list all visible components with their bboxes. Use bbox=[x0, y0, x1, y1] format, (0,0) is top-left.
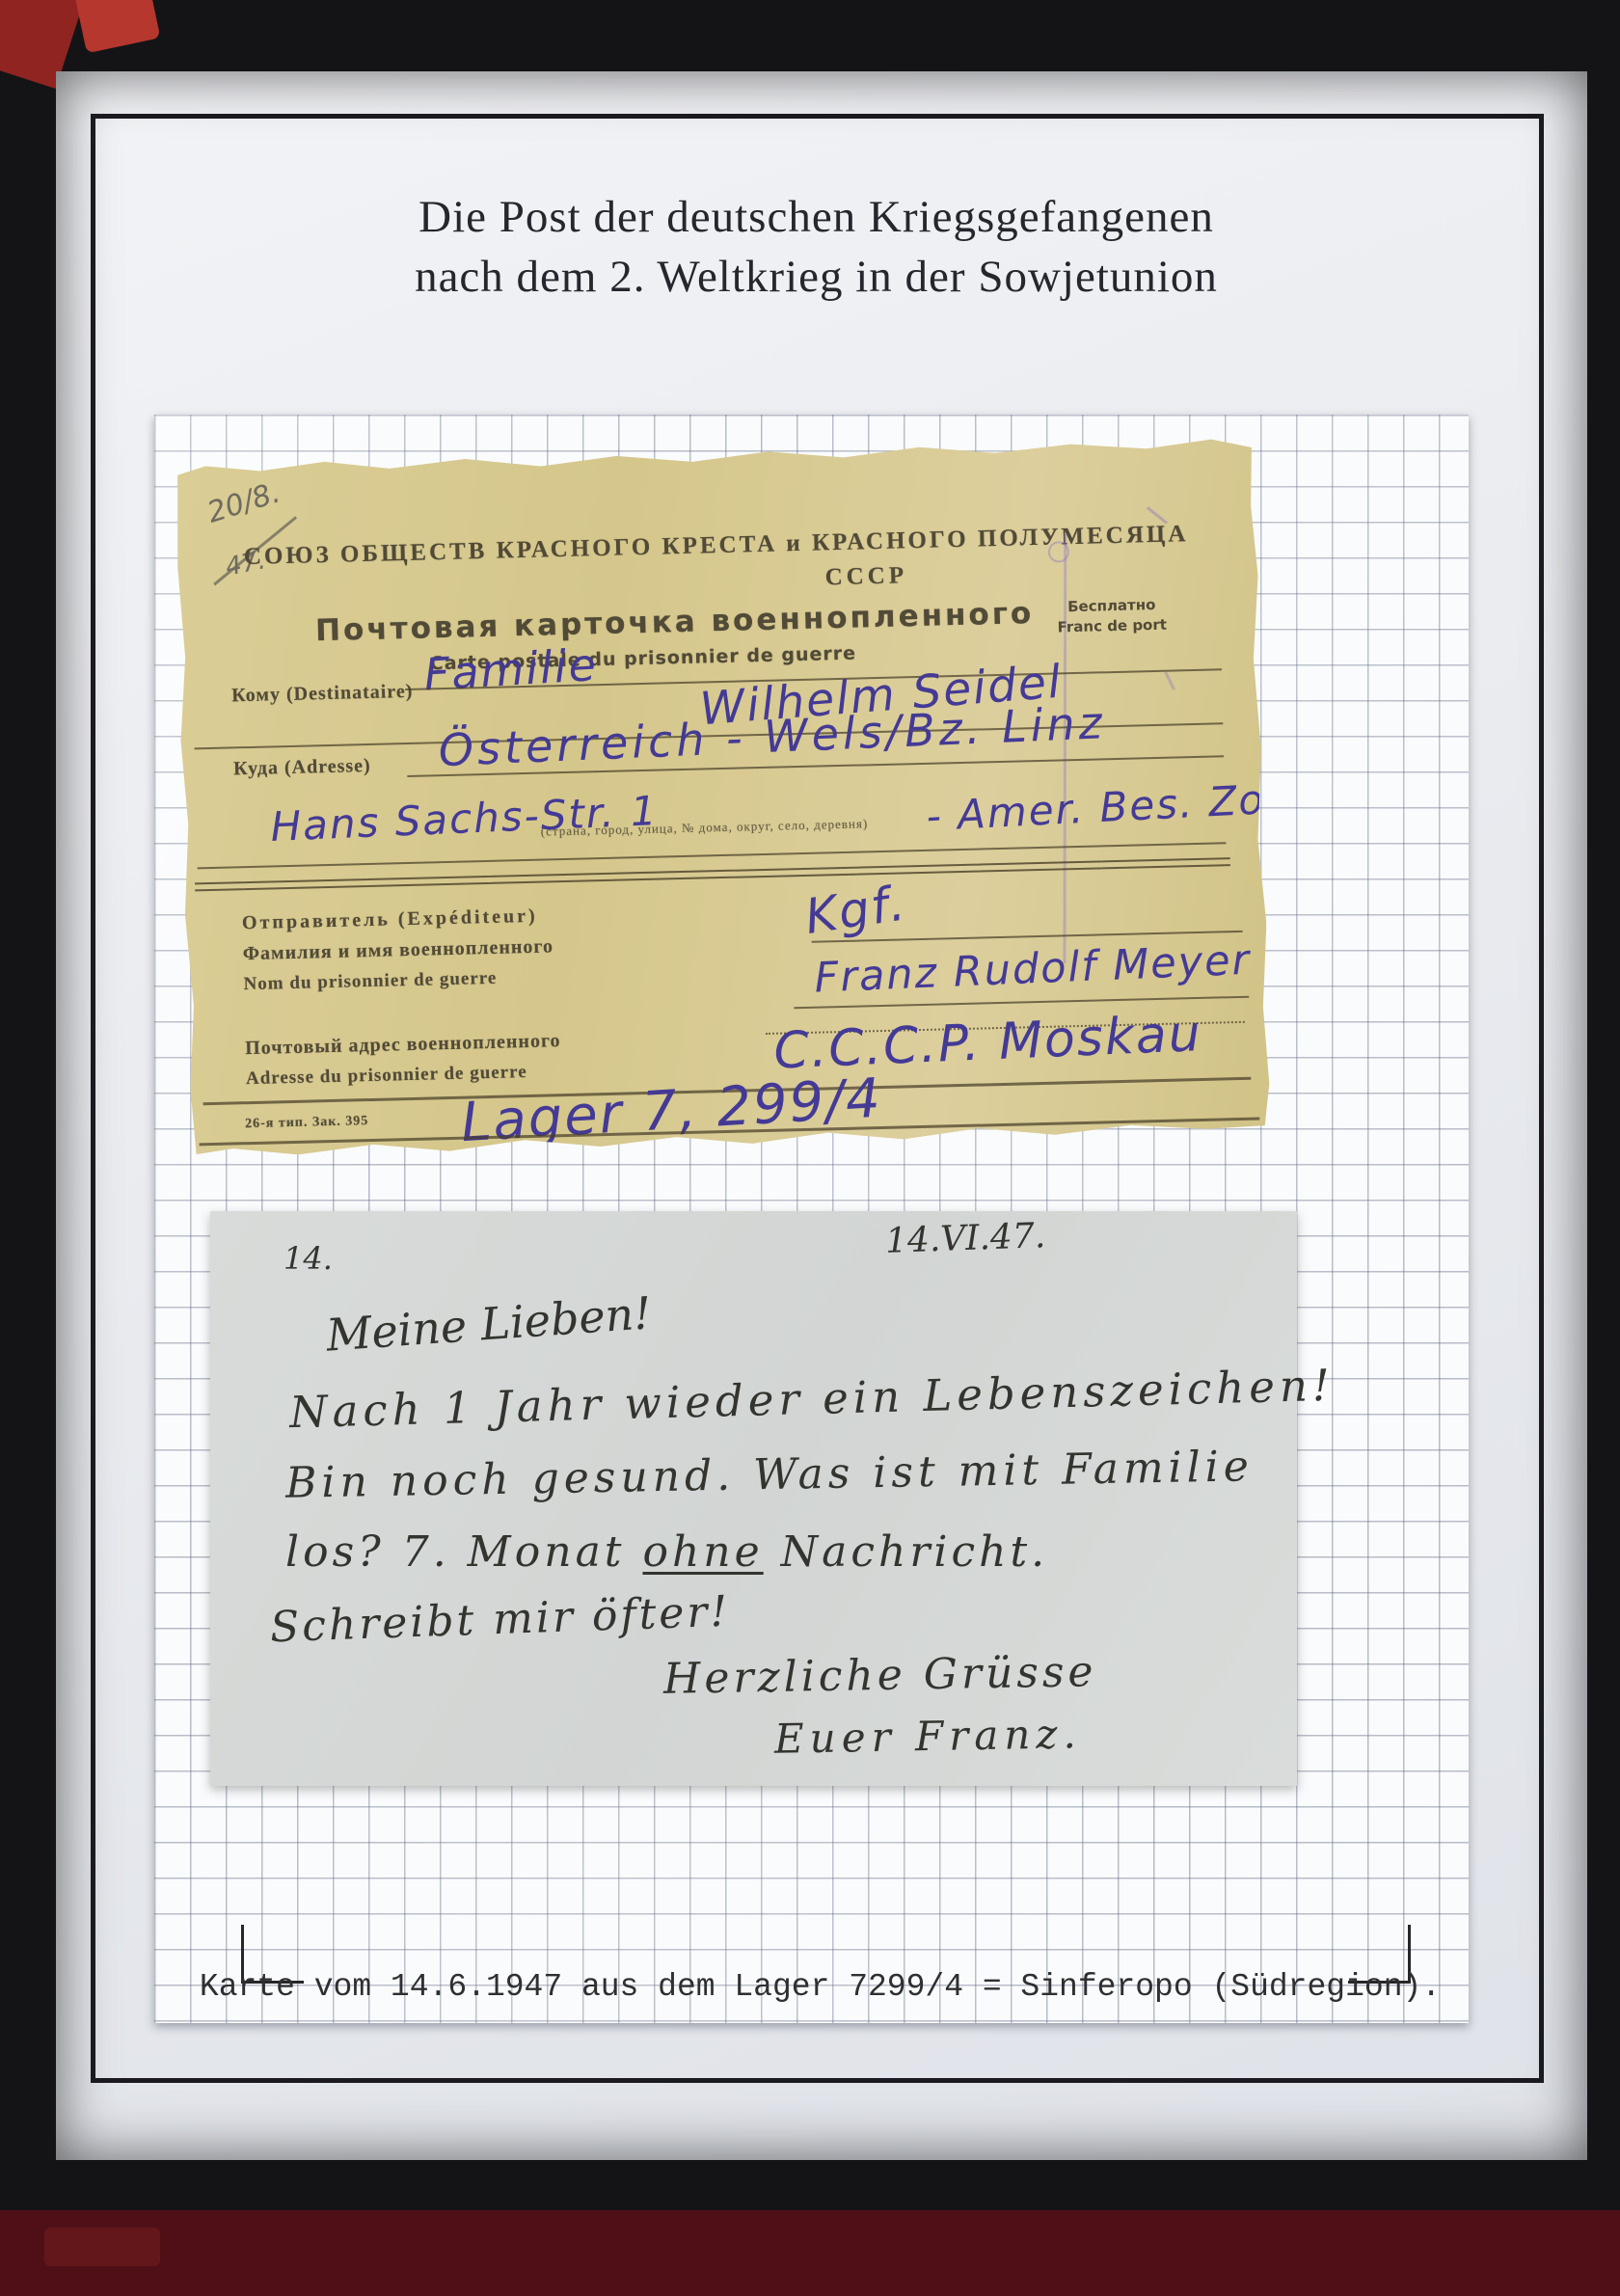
pencil-date-note: 20/8. bbox=[203, 475, 284, 529]
message-line: Schreibt mir öfter! bbox=[269, 1587, 731, 1653]
section-divider-rule bbox=[195, 857, 1230, 891]
sender-label-3: Nom du prisonnier de guerre bbox=[243, 968, 497, 995]
photo-of-album-page: Die Post der deutschen Kriegsgefangenen … bbox=[0, 0, 1620, 2296]
to-label: Кому (Destinataire) bbox=[231, 681, 414, 708]
message-line: Bin noch gesund. Was ist mit Familie bbox=[285, 1442, 1255, 1508]
sender-handwritten-name: Franz Rudolf Meyer bbox=[814, 936, 1253, 1003]
message-salutation: Meine Lieben! bbox=[325, 1286, 654, 1361]
message-signature: Euer Franz. bbox=[774, 1710, 1083, 1763]
message-date: 14.VI.47. bbox=[884, 1216, 1046, 1261]
free-postage-note: Бесплатно Franc de port bbox=[1008, 593, 1216, 638]
message-line4-underlined: ohne bbox=[642, 1527, 763, 1577]
address-label: Куда (Adresse) bbox=[233, 755, 371, 780]
page-title: Die Post der deutschen Kriegsgefangenen … bbox=[91, 187, 1542, 307]
message-line4-post: Nachricht. bbox=[764, 1527, 1048, 1577]
message-line: los? 7. Monat ohne Nachricht. bbox=[285, 1527, 1048, 1577]
message-closing: Herzliche Grüsse bbox=[663, 1647, 1097, 1704]
message-line: Nach 1 Jahr wieder ein Lebenszeichen! bbox=[288, 1360, 1335, 1438]
red-cross-union-header: СОЮЗ ОБЩЕСТВ КРАСНОГО КРЕСТА и КРАСНОГО … bbox=[175, 519, 1256, 572]
album-cover-strip bbox=[0, 2210, 1620, 2296]
sender-handwritten-kgf: Kgf. bbox=[801, 875, 910, 945]
page-title-line2: nach dem 2. Weltkrieg in der Sowjetunion bbox=[91, 247, 1542, 307]
message-card: 14.VI.47. 14. Meine Lieben! Nach 1 Jahr … bbox=[210, 1211, 1297, 1786]
free-postage-french: Franc de port bbox=[1009, 613, 1216, 638]
address-handwritten-2: Hans Sachs-Str. 1 bbox=[270, 787, 660, 851]
album-page: Die Post der deutschen Kriegsgefangenen … bbox=[56, 71, 1587, 2160]
red-object-top-left-2 bbox=[73, 0, 161, 53]
message-line4-pre: los? 7. Monat bbox=[285, 1527, 642, 1577]
sender-label: Отправитель (Expéditeur) bbox=[242, 905, 538, 934]
cccp-header: СССР bbox=[824, 562, 907, 591]
sender-label-2: Фамилия и имя военнопленного bbox=[243, 935, 554, 965]
page-title-line1: Die Post der deutschen Kriegsgefangenen bbox=[91, 187, 1542, 247]
censor-stamp-tick-2 bbox=[1164, 671, 1175, 689]
print-shop-imprint: 26-я тип. Зак. 395 bbox=[245, 1114, 369, 1132]
to-name-handwritten: Familie bbox=[422, 638, 599, 701]
message-number: 14. bbox=[283, 1240, 333, 1277]
pow-address-label: Почтовый адрес военнопленного bbox=[245, 1030, 561, 1060]
pow-address-label-2: Adresse du prisonnier de guerre bbox=[246, 1062, 527, 1090]
pow-postcard: 20/8. 47. СОЮЗ ОБЩЕСТВ КРАСНОГО КРЕСТА и… bbox=[173, 436, 1271, 1158]
exhibit-caption: Karte vom 14.6.1947 aus dem Lager 7299/4… bbox=[94, 1969, 1546, 2005]
